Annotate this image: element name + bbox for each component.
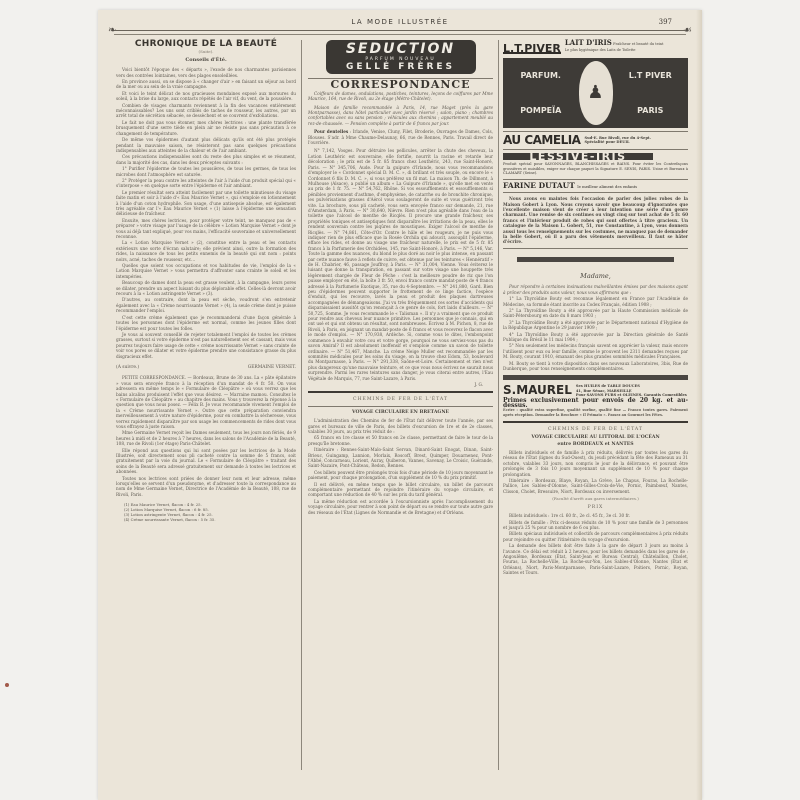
running-title: LA MODE ILLUSTRÉE (98, 18, 702, 26)
rail-header: CHEMINS DE FER DE L'ÉTAT (308, 397, 493, 402)
lessive-iris-ad: LESSIVE-IRIS (503, 153, 653, 160)
bouty-closing: M. Bouty se tient à votre disposition da… (503, 361, 688, 372)
footnotes: (1) Eau Maurice Vernet, flacon : 4 fr. 2… (116, 502, 296, 522)
paragraph: Billets de famille : Prix ci-dessus rédu… (503, 520, 688, 531)
divider (308, 406, 493, 407)
magazine-page: ❧ LA MODE ILLUSTRÉE 397 ☙ CHRONIQUE DE L… (98, 10, 702, 800)
bouty-intro: Pour répondre à certaines insinuations m… (503, 284, 688, 295)
continued-note: (A suivre.) (116, 365, 139, 370)
header-rule (114, 30, 686, 35)
maurel-details: Écrire : qualité extra superfine, qualit… (503, 408, 688, 416)
paragraph: Voici bientôt l'époque des « départs », … (116, 67, 296, 78)
piver-brand: L.T.PIVER (503, 46, 561, 53)
bouty-point: 2° La Thyroïdine Bouty a été approuvée p… (503, 308, 688, 319)
paragraph: Billets spéciaux individuels et collecti… (503, 531, 688, 542)
bouty-salutation: Madame, (503, 274, 688, 279)
correspondence-paragraph: Elle répond aux questions qui lui sont p… (116, 448, 296, 475)
rail-title-2: entre BORDEAUX et NANTES (503, 442, 688, 447)
rail-title: VOYAGE CIRCULAIRE EN BRETAGNE (308, 410, 493, 415)
column-divider (301, 40, 302, 770)
figure-illustration-icon: ♟ (579, 61, 613, 125)
divider (503, 248, 688, 249)
bouty-point: 1° La Thyroïdine Bouty est reconnue léga… (503, 296, 688, 307)
paragraph: De même vos épidermes d'autant plus déli… (116, 137, 296, 153)
dentelles-label: Pour dentelles (314, 129, 348, 134)
paragraph: Le premier résultat sera atteint facilem… (116, 190, 296, 217)
bouty-point: 5° Non seulement les médecins français s… (503, 343, 688, 359)
piver-subtitle: Le plus hygiénique des Laits de Toilette (565, 48, 636, 52)
divider (503, 192, 688, 193)
correspondence-paragraph: Toutes nos lectrices sont priées de donn… (116, 476, 296, 498)
footnote: (4) Crème nourrissante Vernet, flacon : … (124, 517, 296, 522)
paragraph: La « Lotion Marquise Vernet » (2), const… (116, 240, 296, 262)
article-suite: (Suite). (116, 49, 296, 54)
divider (503, 179, 688, 180)
paragraph: Je vous ai souvent conseillé de rejeter … (116, 332, 296, 359)
divider (503, 421, 688, 423)
paragraph: Quelles que soient vos occupations et vo… (116, 263, 296, 279)
bouty-point: 4° La Thyroïdine Bouty a été approuvée p… (503, 332, 688, 343)
ad-maker: GELLÉ FRÈRES (326, 62, 476, 72)
paragraph: 2° Protéger la peau contre les atteintes… (116, 178, 296, 189)
article-body: Voici bientôt l'époque des « départs », … (116, 67, 296, 359)
rail-body: L'administration des Chemins de fer de l… (308, 418, 493, 515)
prix-body: Billets individuels : 1re cl. 60 fr., 2e… (503, 513, 688, 575)
paragraph: La même réduction est accordée à l'excur… (308, 499, 493, 515)
rail-note: (Faculté d'arrêt aux gares intermédiaire… (503, 496, 688, 501)
divider (308, 391, 493, 393)
paragraph: Ensuite, mes chères lectrices, pour prot… (116, 218, 296, 240)
paragraph: Ces précautions indispensables sont du r… (116, 154, 296, 165)
article-subtitle: Conseils d'Été. (116, 58, 296, 63)
rail-title: VOYAGE CIRCULAIRE AU LITTORAL DE L'OCÉAN (503, 435, 688, 440)
paragraph: Ces billets peuvent être prolongés trois… (308, 470, 493, 481)
paragraph: Combien de visages charmants reviennent … (116, 103, 296, 119)
paper-stain (5, 683, 9, 687)
divider (503, 131, 688, 132)
column-advertisements: L.T.PIVER LAIT D'IRIS Fraîcheur et beaut… (503, 40, 688, 577)
maurel-ad: S.MAUREL Ses HUILES de TABLE DOUCES41, R… (503, 384, 688, 397)
paragraph: Itinéraire : Rennes-Saint-Malo-Saint Ser… (308, 447, 493, 469)
author-name: GERMAINE VERNET. (248, 365, 296, 370)
column-beauty-chronicle: CHRONIQUE DE LA BEAUTÉ (Suite). Conseils… (116, 40, 296, 522)
bouty-point: 3° La Thyroïdine Bouty a été approuvée p… (503, 320, 688, 331)
dentelles-notice: Pour dentelles : Irlande, Venise, Cluny,… (308, 129, 493, 145)
paragraph: C'est cette crème également que je recom… (116, 315, 296, 331)
coiffeur-notice: Coiffeurs de dames, ondulations, postich… (308, 91, 493, 102)
reader-answers: N° 7,142, Vosges. Pour détruire les pell… (308, 148, 493, 380)
petite-correspondance: PETITE CORRESPONDANCE. — Bordeaux, Brune… (116, 375, 296, 497)
dark-bar (517, 257, 674, 262)
article-signature: (A suivre.) GERMAINE VERNET. (116, 365, 296, 370)
paragraph: Billets individuels et de famille à prix… (503, 450, 688, 477)
paragraph: 1° Purifier l'épiderme de toutes les pou… (116, 166, 296, 177)
paragraph: Itinéraire : Bordeaux, Blaye, Royan, La … (503, 478, 688, 494)
piver-ad: L.T.PIVER LAIT D'IRIS Fraîcheur et beaut… (503, 40, 688, 54)
paragraph: Et voici le teint délicat de nos gracieu… (116, 91, 296, 102)
maurel-primes: Primes exclusivement pour envois de 20 k… (503, 398, 688, 409)
piver-product: LAIT D'IRIS (565, 38, 612, 47)
bouty-points: 1° La Thyroïdine Bouty est reconnue léga… (503, 296, 688, 359)
section-title: CORRESPONDANCE (308, 82, 493, 87)
paragraph: La demande des billets doit être faite à… (503, 543, 688, 575)
column-divider (498, 40, 499, 770)
correspondence-paragraph: PETITE CORRESPONDANCE. — Bordeaux, Brune… (116, 375, 296, 429)
seduction-ad: SEDUCTION PARFUM NOUVEAU GELLÉ FRÈRES (326, 40, 476, 74)
paragraph: 65 francs en 1re classe et 50 francs en … (308, 435, 493, 446)
article-title: CHRONIQUE DE LA BEAUTÉ (116, 42, 296, 47)
piver-note: Fraîcheur et beauté du teint (613, 42, 663, 46)
paragraph: Il est délivré, en même temps que le bil… (308, 482, 493, 498)
paragraph: D'autres, au contraire, dont la peau est… (116, 297, 296, 313)
correspondence-paragraph: Mme Germaine Vernet reçoit les Dames seu… (116, 430, 296, 446)
lessive-text: Produit spécial pour SAVONNAGES, BLANCHI… (503, 162, 688, 176)
camelia-ad: AU CAMELIA Sud-E. Rue Rivoli, rue du 4-S… (503, 136, 688, 145)
dark-bar (503, 375, 688, 380)
pension-notice: Maison de famille recommandée à Paris, 1… (308, 105, 493, 127)
paragraph: En province aussi, on se dispose à « cha… (116, 79, 296, 90)
pompeia-ad: PARFUM. POMPEÏA ♟ L.T PIVER PARIS (503, 58, 688, 128)
farine-dutaut-ad: FARINE DUTAUT le meilleur aliment des en… (503, 183, 688, 189)
paragraph: Le fait ne doit pas vous étonner, mes ch… (116, 120, 296, 136)
column-correspondance: SEDUCTION PARFUM NOUVEAU GELLÉ FRÈRES CO… (308, 40, 493, 516)
page-number: 397 (659, 18, 672, 26)
rail-header: CHEMINS DE FER DE L'ÉTAT (503, 427, 688, 432)
gobert-notice: Nous avons eu maintes fois l'occasion de… (503, 196, 688, 245)
answers-signature: J. G. (308, 382, 493, 387)
ad-brand: SEDUCTION (326, 42, 476, 57)
paragraph: L'administration des Chemins de fer de l… (308, 418, 493, 434)
prix-title: PRIX (503, 505, 688, 510)
paragraph: Beaucoup de dames dont la peau est grass… (116, 280, 296, 296)
paragraph: Billets individuels : 1re cl. 60 fr., 2e… (503, 513, 688, 518)
rail-body: Billets individuels et de famille à prix… (503, 450, 688, 494)
